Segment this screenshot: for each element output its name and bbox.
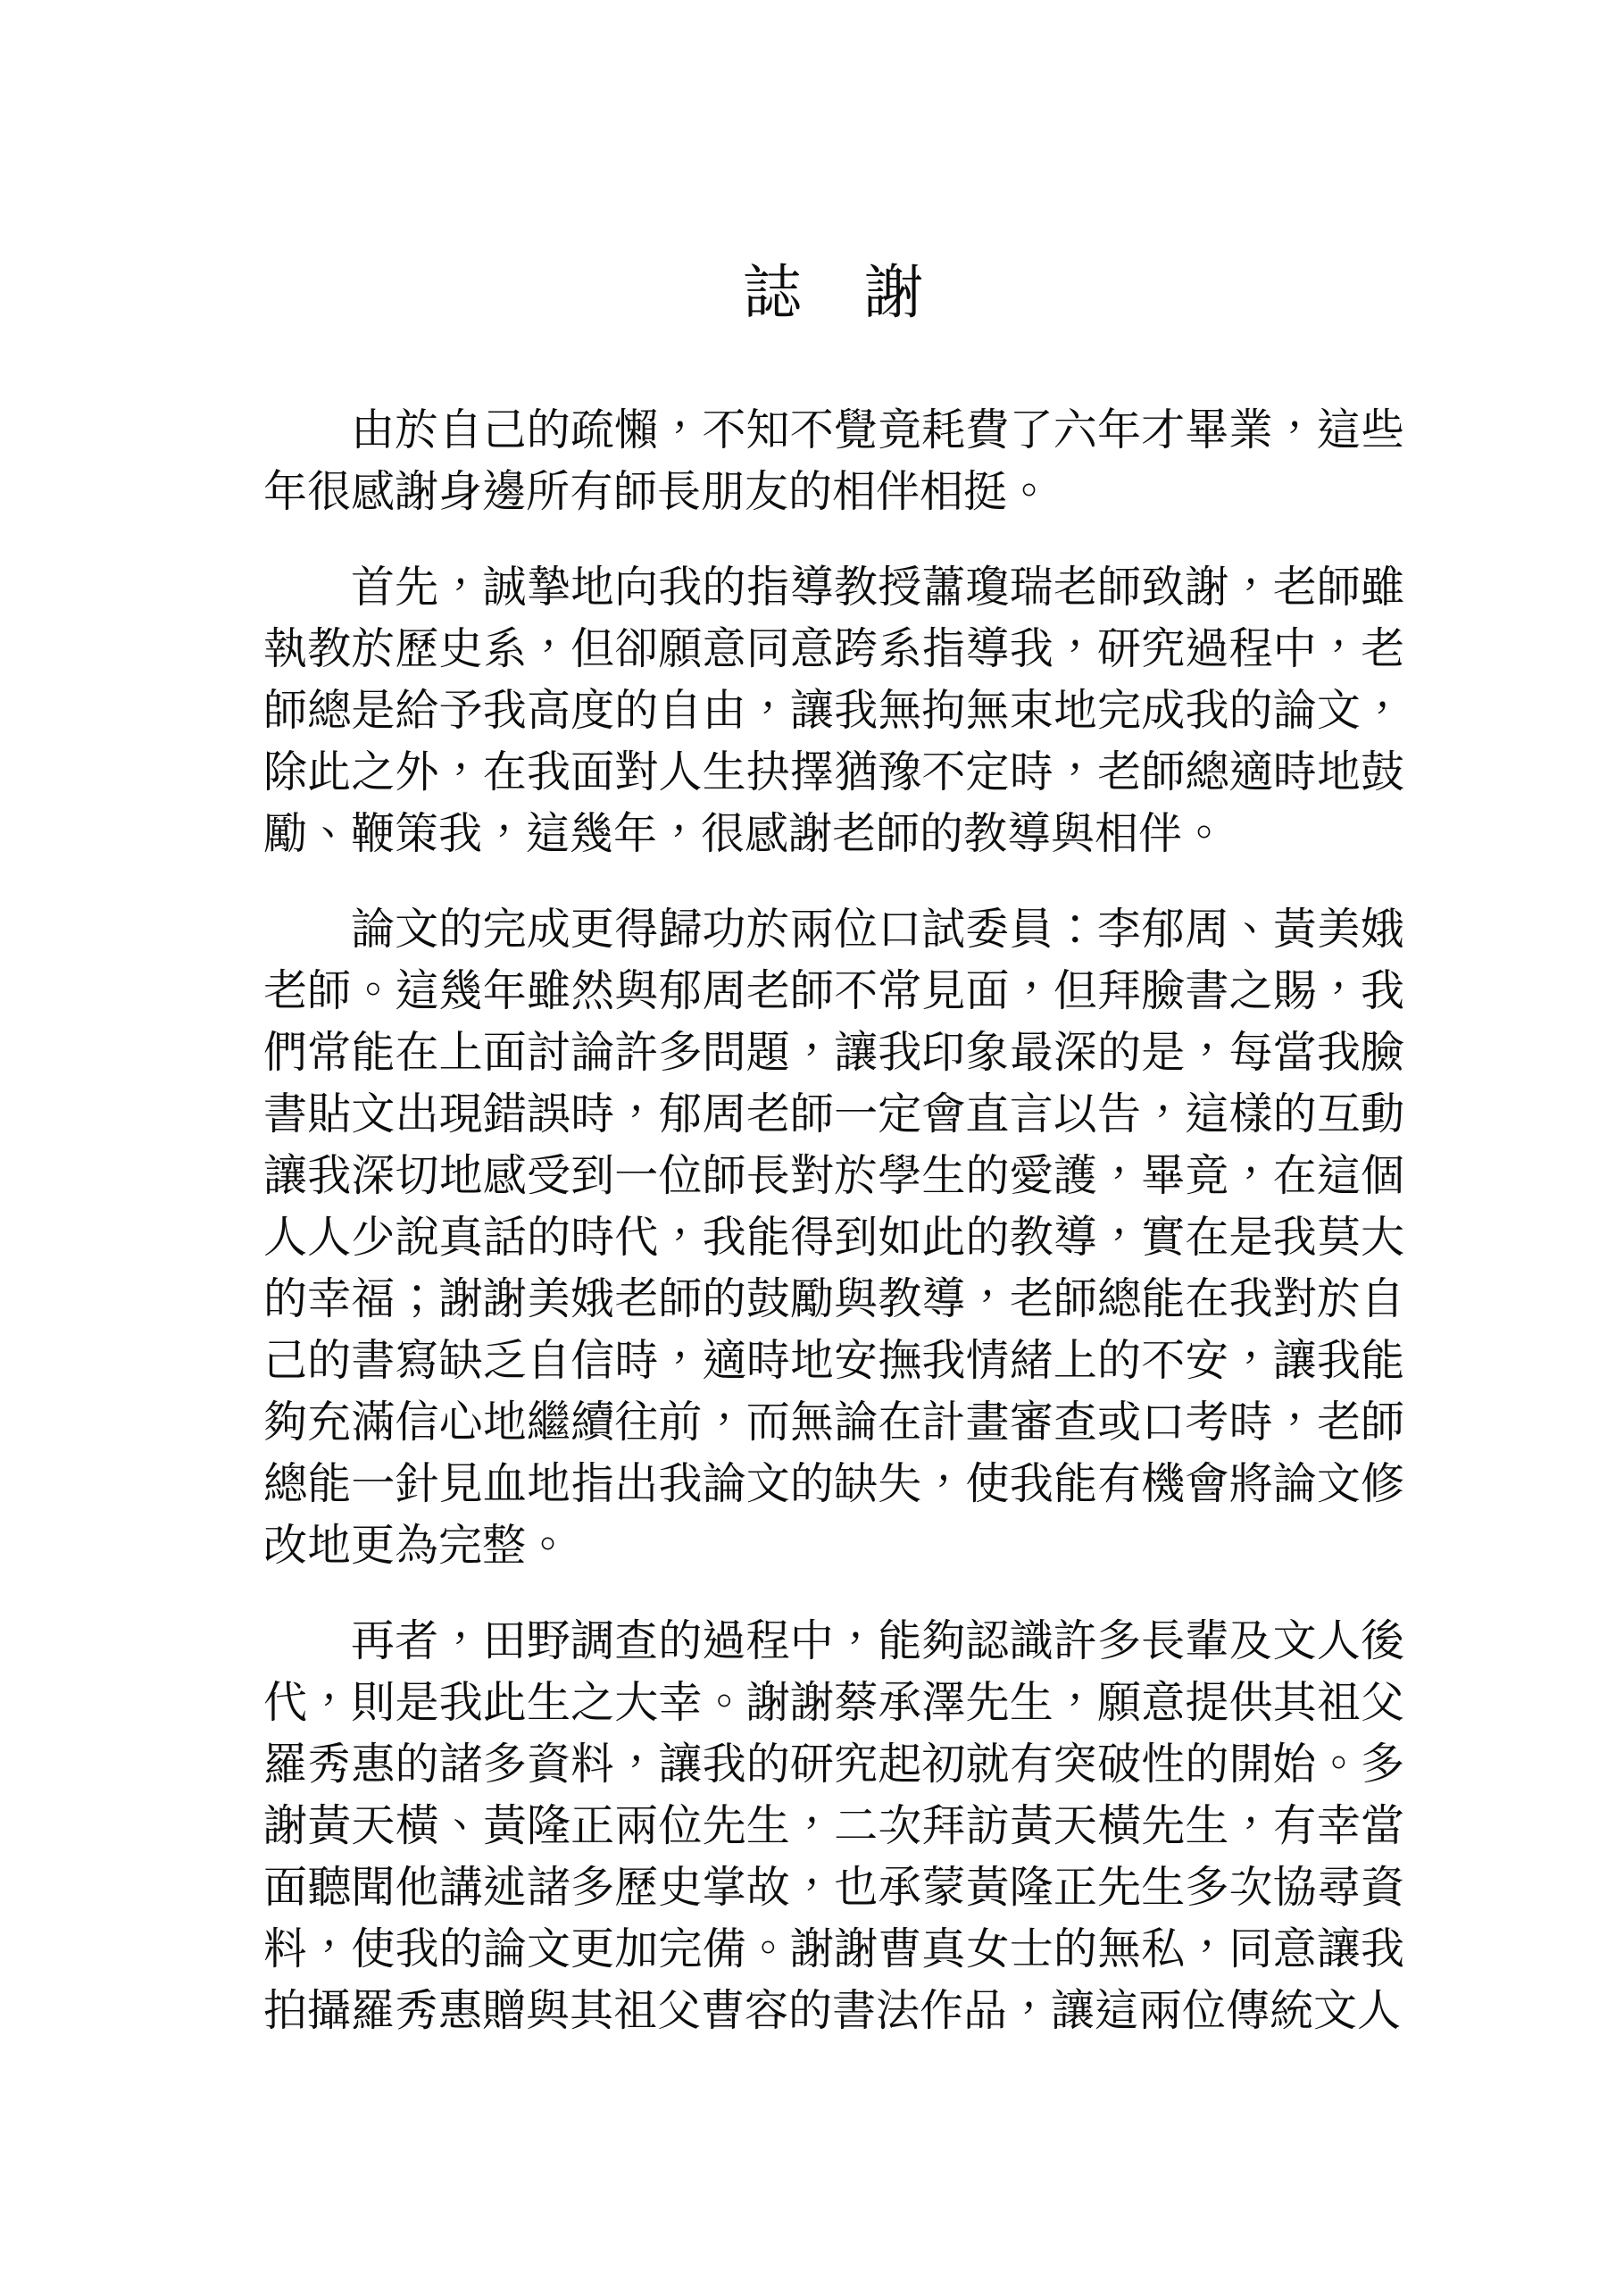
paragraph-committee-thanks: 論文的完成更得歸功於兩位口試委員：李郁周、黃美娥老師。這幾年雖然與郁周老師不常見… bbox=[263, 898, 1404, 1576]
document-body: 由於自己的疏懶，不知不覺竟耗費了六年才畢業，這些年很感謝身邊所有師長朋友的相伴相… bbox=[263, 399, 1404, 2041]
paragraph-advisor-thanks: 首先，誠摯地向我的指導教授蕭瓊瑞老師致謝，老師雖執教於歷史系，但卻願意同意跨系指… bbox=[263, 556, 1404, 864]
text-column: 誌 謝 由於自己的疏懶，不知不覺竟耗費了六年才畢業，這些年很感謝身邊所有師長朋友… bbox=[263, 0, 1404, 2041]
page-title: 誌 謝 bbox=[263, 262, 1404, 326]
paragraph-fieldwork-thanks: 再者，田野調查的過程中，能夠認識許多長輩及文人後代，則是我此生之大幸。謝謝蔡承澤… bbox=[263, 1610, 1404, 2041]
thesis-page: 誌 謝 由於自己的疏懶，不知不覺竟耗費了六年才畢業，這些年很感謝身邊所有師長朋友… bbox=[0, 0, 1624, 2278]
paragraph-opening: 由於自己的疏懶，不知不覺竟耗費了六年才畢業，這些年很感謝身邊所有師長朋友的相伴相… bbox=[263, 399, 1404, 522]
